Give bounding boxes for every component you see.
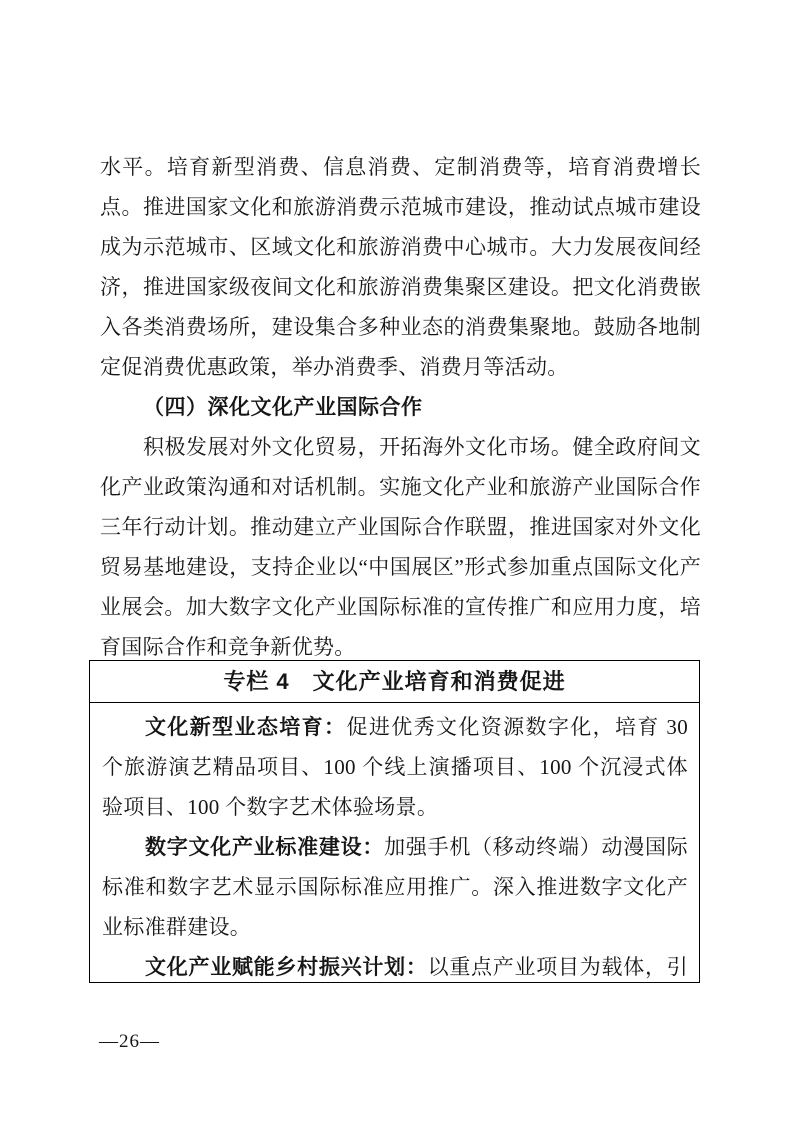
text-column: 水平。培育新型消费、信息消费、定制消费等，培育消费增长点。推进国家文化和旅游消费… xyxy=(100,147,701,667)
callout-box-title: 专栏 4 文化产业培育和消费促进 xyxy=(90,661,699,703)
page-number: —26— xyxy=(99,1031,160,1053)
callout-item-lead: 文化新型业态培育： xyxy=(145,715,346,739)
callout-item-digital-standards: 数字文化产业标准建设：加强手机（移动终端）动漫国际标准和数字艺术显示国际标准应用… xyxy=(102,827,688,947)
callout-box-zhuanlan-4: 专栏 4 文化产业培育和消费促进 文化新型业态培育：促进优秀文化资源数字化，培育… xyxy=(89,660,700,983)
callout-box-body: 文化新型业态培育：促进优秀文化资源数字化，培育 30 个旅游演艺精品项目、100… xyxy=(90,703,699,983)
paragraph-consumption-promotion: 水平。培育新型消费、信息消费、定制消费等，培育消费增长点。推进国家文化和旅游消费… xyxy=(100,147,701,387)
callout-item-rural-revitalization: 文化产业赋能乡村振兴计划：以重点产业项目为载体，引导 xyxy=(102,947,688,983)
callout-item-lead: 数字文化产业标准建设： xyxy=(145,835,384,859)
callout-item-lead: 文化产业赋能乡村振兴计划： xyxy=(145,955,428,979)
paragraph-international-cooperation: 积极发展对外文化贸易，开拓海外文化市场。健全政府间文化产业政策沟通和对话机制。实… xyxy=(100,427,701,667)
document-page: 水平。培育新型消费、信息消费、定制消费等，培育消费增长点。推进国家文化和旅游消费… xyxy=(0,0,793,1122)
section-heading-international-cooperation: （四）深化文化产业国际合作 xyxy=(100,387,701,427)
callout-item-new-business-forms: 文化新型业态培育：促进优秀文化资源数字化，培育 30 个旅游演艺精品项目、100… xyxy=(102,707,688,827)
